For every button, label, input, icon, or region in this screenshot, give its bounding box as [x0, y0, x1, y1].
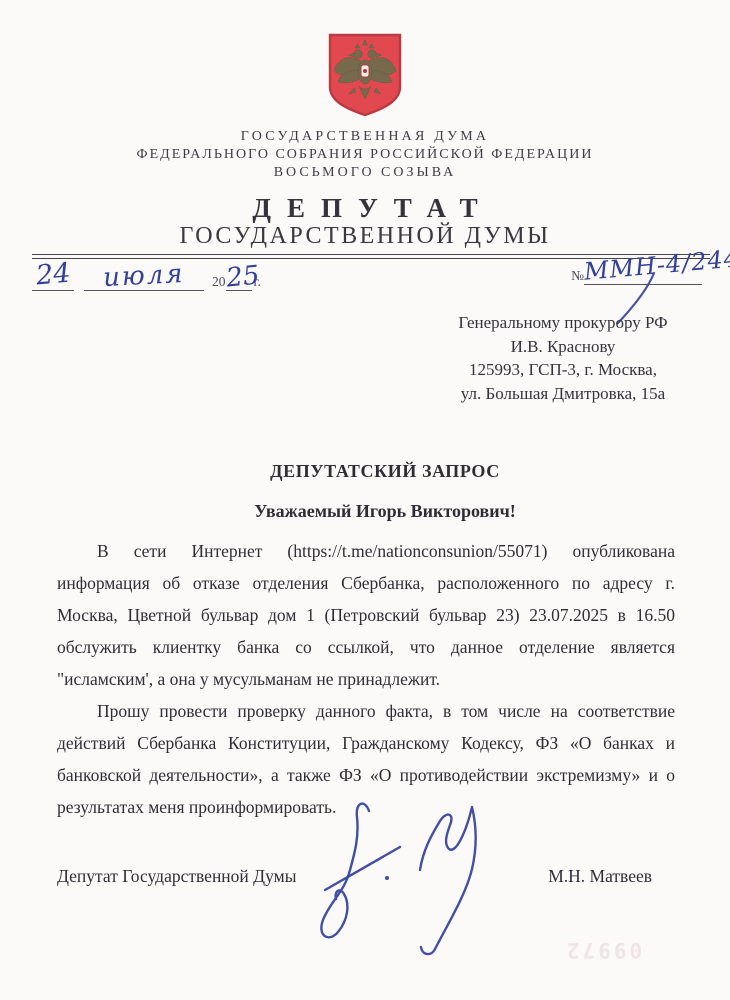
letterhead-role-line2: ГОСУДАРСТВЕННОЙ ДУМЫ	[0, 223, 730, 250]
date-month-blank: июля	[84, 264, 204, 291]
date-year-blank: 25	[226, 264, 252, 291]
body-line: действий Сбербанка Конституции, Гражданс…	[57, 727, 675, 759]
printed-year-prefix: 20	[212, 274, 226, 289]
body-line: В сети Интернет (https://t.me/nationcons…	[57, 535, 675, 567]
body-line: банковской деятельности», а также ФЗ «О …	[57, 759, 675, 791]
body-line: обслужить клиентку банка со ссылкой, что…	[57, 631, 675, 663]
date-field: 24июля2025г.	[32, 264, 261, 291]
number-label: №	[571, 268, 584, 283]
letter-body: В сети Интернет (https://t.me/nationcons…	[57, 535, 675, 823]
salutation: Уважаемый Игорь Викторович!	[70, 501, 700, 522]
handwritten-day: 24	[35, 264, 71, 287]
signature-ink	[308, 792, 508, 967]
letterhead-org-line1: ГОСУДАРСТВЕННАЯ ДУМА	[0, 128, 730, 146]
document-title: ДЕПУТАТСКИЙ ЗАПРОС	[70, 461, 700, 482]
letterhead-role-line1: ДЕПУТАТ	[0, 193, 730, 223]
body-line: Москва, Цветной бульвар дом 1 (Петровски…	[57, 599, 675, 631]
scanned-letter-page: ГОСУДАРСТВЕННАЯ ДУМА ФЕДЕРАЛЬНОГО СОБРАН…	[0, 0, 730, 1000]
body-line: информация об отказе отделения Сбербанка…	[57, 567, 675, 599]
bleedthrough-number: 09972	[553, 938, 653, 962]
russia-coat-of-arms-icon	[324, 32, 406, 118]
letterhead-org-line3: ВОСЬМОГО СОЗЫВА	[0, 164, 730, 182]
letterhead: ГОСУДАРСТВЕННАЯ ДУМА ФЕДЕРАЛЬНОГО СОБРАН…	[0, 128, 730, 250]
recipient-line: ул. Большая Дмитровка, 15а	[432, 382, 694, 406]
recipient-line: 125993, ГСП-3, г. Москва,	[432, 358, 694, 382]
recipient-block: Генеральному прокурору РФИ.В. Краснову12…	[432, 311, 694, 405]
date-number-line: 24июля2025г. №ММН-4/244	[0, 258, 730, 310]
handwritten-year: 25	[225, 265, 260, 288]
signer-name: М.Н. Матвеев	[548, 864, 652, 888]
handwritten-month: июля	[103, 264, 185, 288]
date-day-blank: 24	[32, 264, 74, 291]
body-paragraph: В сети Интернет (https://t.me/nationcons…	[57, 535, 675, 695]
recipient-line: Генеральному прокурору РФ	[432, 311, 694, 335]
signer-position: Депутат Государственной Думы	[57, 864, 296, 888]
letterhead-org-line2: ФЕДЕРАЛЬНОГО СОБРАНИЯ РОССИЙСКОЙ ФЕДЕРАЦ…	[0, 146, 730, 164]
body-line: "исламским', а она у мусульманам не прин…	[57, 663, 675, 695]
recipient-line: И.В. Краснову	[432, 335, 694, 359]
body-line: Прошу провести проверку данного факта, в…	[57, 695, 675, 727]
